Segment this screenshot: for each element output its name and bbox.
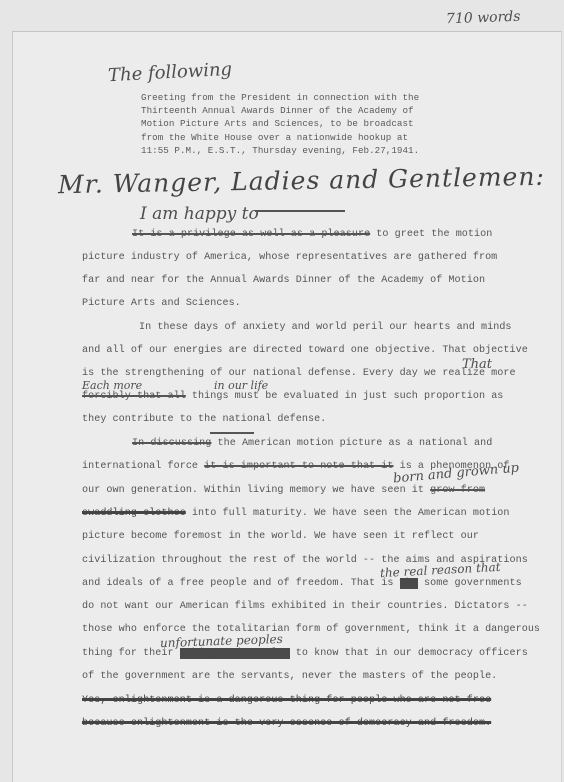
struck-text: swaddling clothes <box>82 508 186 519</box>
body-line: those who enforce the totalitarian form … <box>82 624 540 635</box>
heading-line: Motion Picture Arts and Sciences, to be … <box>141 117 419 130</box>
body-line: picture become foremost in the world. We… <box>82 531 479 542</box>
struck-text: subjugated peoples <box>180 648 290 659</box>
struck-text: forcibly that all <box>82 391 186 402</box>
struck-text: In discussing <box>132 438 211 449</box>
line-text: to know that in our democracy officers <box>290 648 528 659</box>
body-line: Picture Arts and Sciences. <box>82 298 241 309</box>
struck-line: Yes, enlightenment is a dangerous thing … <box>82 695 491 706</box>
heading-line: Greeting from the President in connectio… <box>141 91 419 104</box>
line-text: the American motion picture as a nationa… <box>211 438 492 449</box>
line-text: our own generation. Within living memory… <box>82 485 430 496</box>
line-text: and ideals of a free people and of freed… <box>82 578 400 589</box>
body-line: It is a privilege as well as a pleasure … <box>132 229 492 240</box>
line-text: to greet the motion <box>370 229 492 240</box>
line-text: things must be evaluated in just such pr… <box>186 391 504 402</box>
insert-line <box>255 210 345 212</box>
body-line: they contribute to the national defense. <box>82 414 326 425</box>
body-line: In these days of anxiety and world peril… <box>139 322 512 333</box>
line-text: thing for their <box>82 648 180 659</box>
word-count-annotation: 710 words <box>446 9 521 28</box>
body-line: of the government are the servants, neve… <box>82 671 497 682</box>
line-text: international force <box>82 461 204 472</box>
struck-text: it is important to note that it <box>204 461 393 472</box>
body-line: far and near for the Annual Awards Dinne… <box>82 275 485 286</box>
body-line: In discussing the American motion pictur… <box>132 438 492 449</box>
body-line: and all of our energies are directed tow… <box>82 345 528 356</box>
struck-text: It is a privilege as well as a pleasure <box>132 229 370 240</box>
line-text: into full maturity. We have seen the Ame… <box>186 508 510 519</box>
body-line: thing for their subjugated peoples to kn… <box>82 648 528 659</box>
body-line: our own generation. Within living memory… <box>82 485 485 496</box>
body-line: swaddling clothes into full maturity. We… <box>82 508 510 519</box>
struck-text: why <box>400 578 418 589</box>
struck-text: grow from <box>430 485 485 496</box>
body-line: and ideals of a free people and of freed… <box>82 578 522 589</box>
insert-line <box>210 432 254 434</box>
i-am-happy-annotation: I am happy to <box>140 204 259 224</box>
struck-line: because enlightenment is the very essenc… <box>82 718 491 729</box>
heading-block: Greeting from the President in connectio… <box>141 91 419 157</box>
body-line: do not want our American films exhibited… <box>82 601 528 612</box>
heading-line: Thirteenth Annual Awards Dinner of the A… <box>141 104 419 117</box>
body-line: picture industry of America, whose repre… <box>82 252 497 263</box>
body-line: is the strengthening of our national def… <box>82 368 516 379</box>
heading-line: from the White House over a nationwide h… <box>141 131 419 144</box>
heading-line: 11:55 P.M., E.S.T., Thursday evening, Fe… <box>141 144 419 157</box>
body-line: forcibly that all things must be evaluat… <box>82 391 503 402</box>
line-text: some governments <box>418 578 522 589</box>
